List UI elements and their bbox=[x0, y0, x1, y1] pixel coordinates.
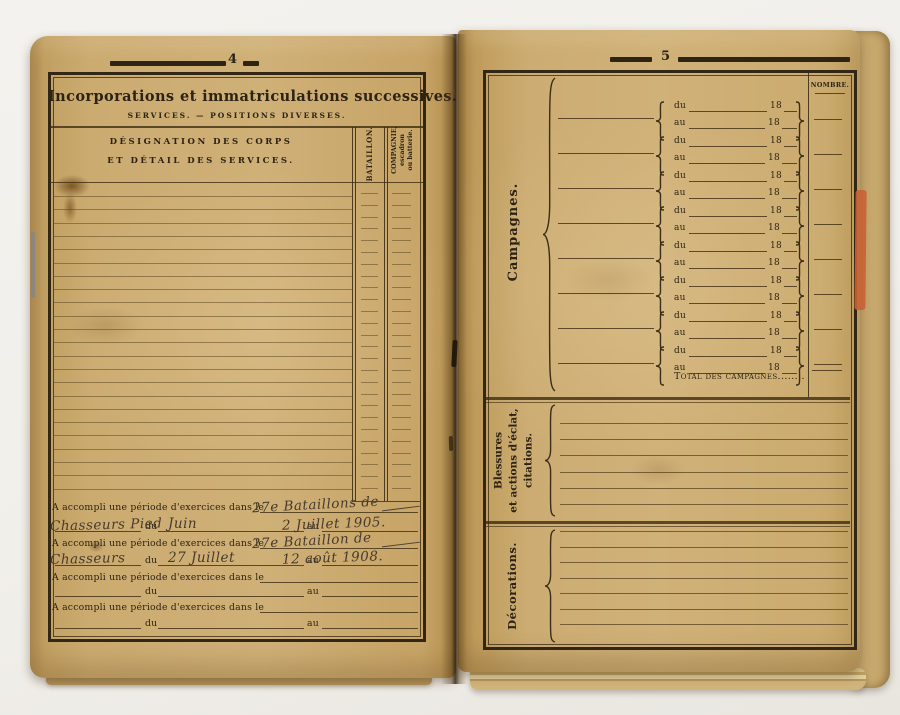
campagne-du-label: du bbox=[674, 171, 686, 181]
compagnie-cell-line bbox=[392, 429, 411, 430]
table-rule-line bbox=[54, 209, 352, 210]
exercise-au-line bbox=[322, 628, 418, 629]
compagnie-cell-line bbox=[392, 476, 411, 477]
column1-header: BATAILLON. bbox=[365, 125, 377, 183]
section-divider-thin bbox=[486, 402, 850, 403]
campagne-nombre-line bbox=[814, 259, 842, 260]
campagne-nombre-line bbox=[814, 224, 842, 225]
bataillon-cell-line bbox=[361, 370, 378, 371]
campagne-au-year: 18 bbox=[768, 223, 780, 233]
campagne-au-line bbox=[689, 338, 765, 339]
campagne-du-line bbox=[689, 286, 767, 287]
header-bar-right bbox=[243, 61, 259, 66]
campagne-au-line bbox=[689, 373, 765, 374]
exercise-au-label: au bbox=[307, 586, 319, 597]
bataillon-cell-line bbox=[361, 193, 378, 194]
compagnie-cell-line bbox=[392, 276, 411, 277]
table-rule-line bbox=[54, 462, 352, 463]
page-subtitle: SERVICES. — POSITIONS DIVERSES. bbox=[48, 111, 426, 120]
campagne-du-year: 18 bbox=[770, 241, 782, 251]
campagne-name-line bbox=[558, 363, 654, 364]
exercise-corps-line bbox=[260, 582, 418, 583]
exercise-au-label: au bbox=[307, 618, 319, 629]
campagne-close-brace bbox=[795, 206, 805, 246]
campagne-du-label: du bbox=[674, 311, 686, 321]
campagnes-label: Campagnes. bbox=[506, 82, 526, 382]
campagne-close-brace bbox=[795, 101, 805, 141]
compagnie-cell-line bbox=[392, 394, 411, 395]
bataillon-cell-line bbox=[361, 287, 378, 288]
table-rule-line bbox=[54, 263, 352, 264]
bataillon-cell-line bbox=[361, 464, 378, 465]
campagne-au-line bbox=[689, 128, 765, 129]
campagne-du-year: 18 bbox=[770, 311, 782, 321]
nombre-column-header: NOMBRE. bbox=[809, 82, 851, 89]
campagne-name-line bbox=[558, 328, 654, 329]
compagnie-cell-line bbox=[392, 323, 411, 324]
campagne-open-brace bbox=[655, 311, 665, 351]
red-edge-mark bbox=[854, 190, 866, 310]
campagne-open-brace bbox=[655, 346, 665, 386]
bataillon-cell-line bbox=[361, 441, 378, 442]
bataillon-cell-line bbox=[361, 311, 378, 312]
exercise-du-line bbox=[158, 628, 304, 629]
table-header-line2: ET DÉTAIL DES SERVICES. bbox=[51, 156, 351, 166]
table-rule-line bbox=[54, 289, 352, 290]
header-bar-left bbox=[610, 57, 652, 62]
campagne-nombre-line bbox=[814, 329, 842, 330]
exercise-du-label: du bbox=[145, 618, 157, 629]
compagnie-cell-line bbox=[392, 252, 411, 253]
campagne-open-brace bbox=[655, 171, 665, 211]
table-rule-line bbox=[54, 342, 352, 343]
exercise-du-line bbox=[158, 596, 304, 597]
campagne-au-year: 18 bbox=[768, 118, 780, 128]
campagne-du-label: du bbox=[674, 101, 686, 111]
table-rule-line bbox=[54, 449, 352, 450]
compagnie-cell-line bbox=[392, 217, 411, 218]
right-page: 5 NOMBRE. Campagnes. Blessures et action… bbox=[458, 30, 860, 672]
bataillon-cell-line bbox=[361, 228, 378, 229]
blessures-brace bbox=[544, 404, 556, 517]
table-rule-line bbox=[54, 223, 352, 224]
compagnie-cell-line bbox=[392, 205, 411, 206]
nombre-column-separator bbox=[808, 73, 809, 397]
campagne-open-brace bbox=[655, 101, 665, 141]
table-rule-line bbox=[54, 475, 352, 476]
campagne-name-line bbox=[558, 153, 654, 154]
campagne-au-line bbox=[689, 233, 765, 234]
blessures-line bbox=[560, 455, 848, 456]
campagne-open-brace bbox=[655, 206, 665, 246]
exercise-prefix: A accompli une période d'exercices dans … bbox=[52, 602, 264, 613]
campagne-du-year: 18 bbox=[770, 206, 782, 216]
table-rule-line bbox=[54, 249, 352, 250]
campagne-name-line bbox=[558, 293, 654, 294]
campagne-au-label: au bbox=[674, 293, 686, 303]
exercise-prefix: A accompli une période d'exercices dans … bbox=[52, 538, 264, 549]
column-separator bbox=[352, 127, 353, 501]
campagne-nombre-line bbox=[814, 119, 842, 120]
handwritten-du-value: 27 Juillet bbox=[168, 550, 235, 566]
page-number-left: 4 bbox=[228, 52, 237, 67]
exercise-blank-line bbox=[55, 596, 141, 597]
campagne-du-year: 18 bbox=[770, 276, 782, 286]
header-bar-right bbox=[678, 57, 850, 62]
table-rule-line bbox=[54, 316, 352, 317]
bataillon-cell-line bbox=[361, 405, 378, 406]
exercise-blank-line bbox=[55, 628, 141, 629]
nombre-header-underline bbox=[815, 93, 845, 94]
section-divider bbox=[486, 521, 850, 524]
campagne-au-year: 18 bbox=[768, 153, 780, 163]
blessures-line bbox=[560, 488, 848, 489]
compagnie-cell-line bbox=[392, 264, 411, 265]
campagne-au-label: au bbox=[674, 118, 686, 128]
handwritten-line2: Chasseurs Pied bbox=[50, 516, 163, 535]
column-separator bbox=[355, 127, 356, 501]
compagnie-cell-line bbox=[392, 299, 411, 300]
section-divider bbox=[486, 397, 850, 400]
table-rule-line bbox=[54, 396, 352, 397]
compagnie-cell-line bbox=[392, 441, 411, 442]
campagne-name-line bbox=[558, 118, 654, 119]
column2-header-line: COMPAGNIE, bbox=[391, 126, 398, 174]
table-rule-line bbox=[54, 409, 352, 410]
bataillon-cell-line bbox=[361, 394, 378, 395]
campagne-au-line bbox=[689, 268, 765, 269]
decorations-line bbox=[560, 593, 848, 594]
compagnie-cell-line bbox=[392, 370, 411, 371]
compagnie-cell-line bbox=[392, 488, 411, 489]
campagne-name-line bbox=[558, 223, 654, 224]
campagne-au-year: 18 bbox=[768, 258, 780, 268]
campagne-close-brace bbox=[795, 171, 805, 211]
left-page: 4 Incorporations et immatriculations suc… bbox=[30, 36, 456, 678]
bataillon-cell-line bbox=[361, 217, 378, 218]
bataillon-cell-line bbox=[361, 358, 378, 359]
table-rule-line bbox=[54, 236, 352, 237]
decorations-line bbox=[560, 531, 848, 532]
campagne-du-line bbox=[689, 181, 767, 182]
page-title: Incorporations et immatriculations succe… bbox=[48, 88, 426, 105]
compagnie-cell-line bbox=[392, 417, 411, 418]
campagne-du-label: du bbox=[674, 241, 686, 251]
campagne-open-brace bbox=[655, 276, 665, 316]
blessures-line bbox=[560, 439, 848, 440]
campagne-du-line bbox=[689, 146, 767, 147]
column2-header-line: ou batterie. bbox=[407, 129, 414, 170]
bataillon-cell-line bbox=[361, 205, 378, 206]
campagne-au-year: 18 bbox=[768, 363, 780, 373]
table-rule-line bbox=[54, 302, 352, 303]
compagnie-cell-line bbox=[392, 335, 411, 336]
table-rule-line bbox=[54, 276, 352, 277]
campagne-du-label: du bbox=[674, 346, 686, 356]
compagnie-cell-line bbox=[392, 358, 411, 359]
campagnes-total-nombre-line bbox=[812, 370, 842, 371]
bataillon-cell-line bbox=[361, 429, 378, 430]
campagne-du-line bbox=[689, 251, 767, 252]
campagne-au-label: au bbox=[674, 223, 686, 233]
table-rule-line bbox=[54, 369, 352, 370]
campagne-au-line bbox=[689, 303, 765, 304]
compagnie-cell-line bbox=[392, 464, 411, 465]
exercise-du-label: du bbox=[145, 555, 157, 566]
column2-header-line: escadron bbox=[399, 134, 406, 166]
campagne-nombre-line bbox=[814, 294, 842, 295]
column-separator bbox=[387, 127, 388, 501]
blessures-label-line: citations. bbox=[523, 433, 535, 488]
bataillon-cell-line bbox=[361, 417, 378, 418]
campagne-du-year: 18 bbox=[770, 346, 782, 356]
campagne-au-label: au bbox=[674, 153, 686, 163]
table-rule-line bbox=[54, 329, 352, 330]
bataillon-cell-line bbox=[361, 264, 378, 265]
campagne-close-brace bbox=[795, 241, 805, 281]
bataillon-cell-line bbox=[361, 453, 378, 454]
table-rule-line bbox=[54, 422, 352, 423]
blessures-line bbox=[560, 472, 848, 473]
compagnie-cell-line bbox=[392, 228, 411, 229]
campagne-open-brace bbox=[655, 241, 665, 281]
bataillon-cell-line bbox=[361, 476, 378, 477]
campagne-du-year: 18 bbox=[770, 136, 782, 146]
military-booklet-scan: 4 Incorporations et immatriculations suc… bbox=[0, 0, 900, 715]
decorations-line bbox=[560, 624, 848, 625]
bataillon-cell-line bbox=[361, 276, 378, 277]
table-rule-line bbox=[54, 382, 352, 383]
campagne-close-brace bbox=[795, 276, 805, 316]
campagne-du-year: 18 bbox=[770, 171, 782, 181]
bataillon-cell-line bbox=[361, 382, 378, 383]
blessures-label: Blessures et actions d'éclat, citations. bbox=[492, 401, 537, 521]
blessures-label-line: et actions d'éclat, bbox=[508, 408, 520, 512]
bataillon-cell-line bbox=[361, 488, 378, 489]
campagne-nombre-line bbox=[814, 154, 842, 155]
column-separator bbox=[384, 127, 385, 501]
campagne-au-label: au bbox=[674, 328, 686, 338]
compagnie-cell-line bbox=[392, 240, 411, 241]
campagne-nombre-line bbox=[814, 189, 842, 190]
compagnie-cell-line bbox=[392, 346, 411, 347]
campagne-du-label: du bbox=[674, 206, 686, 216]
staple-icon bbox=[449, 436, 454, 451]
compagnie-cell-line bbox=[392, 382, 411, 383]
section-divider-thin bbox=[486, 526, 850, 527]
column2-header: COMPAGNIE, escadron ou batterie. bbox=[391, 119, 417, 181]
table-rule-line bbox=[54, 435, 352, 436]
campagne-close-brace bbox=[795, 311, 805, 351]
campagne-open-brace bbox=[655, 136, 665, 176]
campagne-au-line bbox=[689, 163, 765, 164]
campagne-du-label: du bbox=[674, 136, 686, 146]
campagne-du-line bbox=[689, 356, 767, 357]
exercise-prefix: A accompli une période d'exercices dans … bbox=[52, 572, 264, 583]
campagne-nombre-line bbox=[814, 364, 842, 365]
bataillon-cell-line bbox=[361, 335, 378, 336]
compagnie-cell-line bbox=[392, 405, 411, 406]
campagne-au-label: au bbox=[674, 188, 686, 198]
bataillon-cell-line bbox=[361, 252, 378, 253]
campagne-au-year: 18 bbox=[768, 188, 780, 198]
decorations-brace bbox=[544, 529, 556, 643]
table-rule-line bbox=[54, 196, 352, 197]
campagne-au-label: au bbox=[674, 258, 686, 268]
campagne-du-line bbox=[689, 216, 767, 217]
compagnie-cell-line bbox=[392, 311, 411, 312]
compagnie-cell-line bbox=[392, 287, 411, 288]
campagne-du-label: du bbox=[674, 276, 686, 286]
exercise-prefix: A accompli une période d'exercices dans … bbox=[52, 502, 264, 513]
bataillon-cell-line bbox=[361, 299, 378, 300]
exercise-au-line bbox=[322, 596, 418, 597]
decorations-line bbox=[560, 562, 848, 563]
table-header-line1: DÉSIGNATION DES CORPS bbox=[51, 137, 351, 147]
campagne-au-line bbox=[689, 198, 765, 199]
bataillon-cell-line bbox=[361, 240, 378, 241]
exercise-du-label: du bbox=[145, 586, 157, 597]
header-bar-left bbox=[110, 61, 226, 66]
campagne-close-brace bbox=[795, 346, 805, 386]
campagne-name-line bbox=[558, 258, 654, 259]
campagne-close-brace bbox=[795, 136, 805, 176]
bataillon-cell-line bbox=[361, 323, 378, 324]
decorations-line bbox=[560, 547, 848, 548]
campagne-name-line bbox=[558, 188, 654, 189]
table-rule-line bbox=[54, 489, 352, 490]
campagne-du-line bbox=[689, 321, 767, 322]
campagne-au-label: au bbox=[674, 363, 686, 373]
campagnes-brace bbox=[542, 77, 556, 392]
compagnie-cell-line bbox=[392, 453, 411, 454]
handwritten-line2: Chasseurs bbox=[50, 550, 126, 568]
campagne-au-year: 18 bbox=[768, 293, 780, 303]
decorations-line bbox=[560, 578, 848, 579]
blessures-line bbox=[560, 423, 848, 424]
exercise-corps-line bbox=[260, 612, 418, 613]
campagne-au-year: 18 bbox=[768, 328, 780, 338]
campagne-du-line bbox=[689, 111, 767, 112]
blessures-label-line: Blessures bbox=[493, 432, 505, 489]
decorations-line bbox=[560, 609, 848, 610]
bataillon-cell-line bbox=[361, 346, 378, 347]
handwritten-du-value: Juin bbox=[168, 516, 197, 532]
compagnie-cell-line bbox=[392, 193, 411, 194]
decorations-label: Décorations. bbox=[505, 526, 523, 646]
campagne-du-year: 18 bbox=[770, 101, 782, 111]
page-number-right: 5 bbox=[661, 49, 670, 64]
blessures-line bbox=[560, 504, 848, 505]
table-rule-line bbox=[54, 356, 352, 357]
paper-edge-blue-hint bbox=[31, 232, 35, 298]
